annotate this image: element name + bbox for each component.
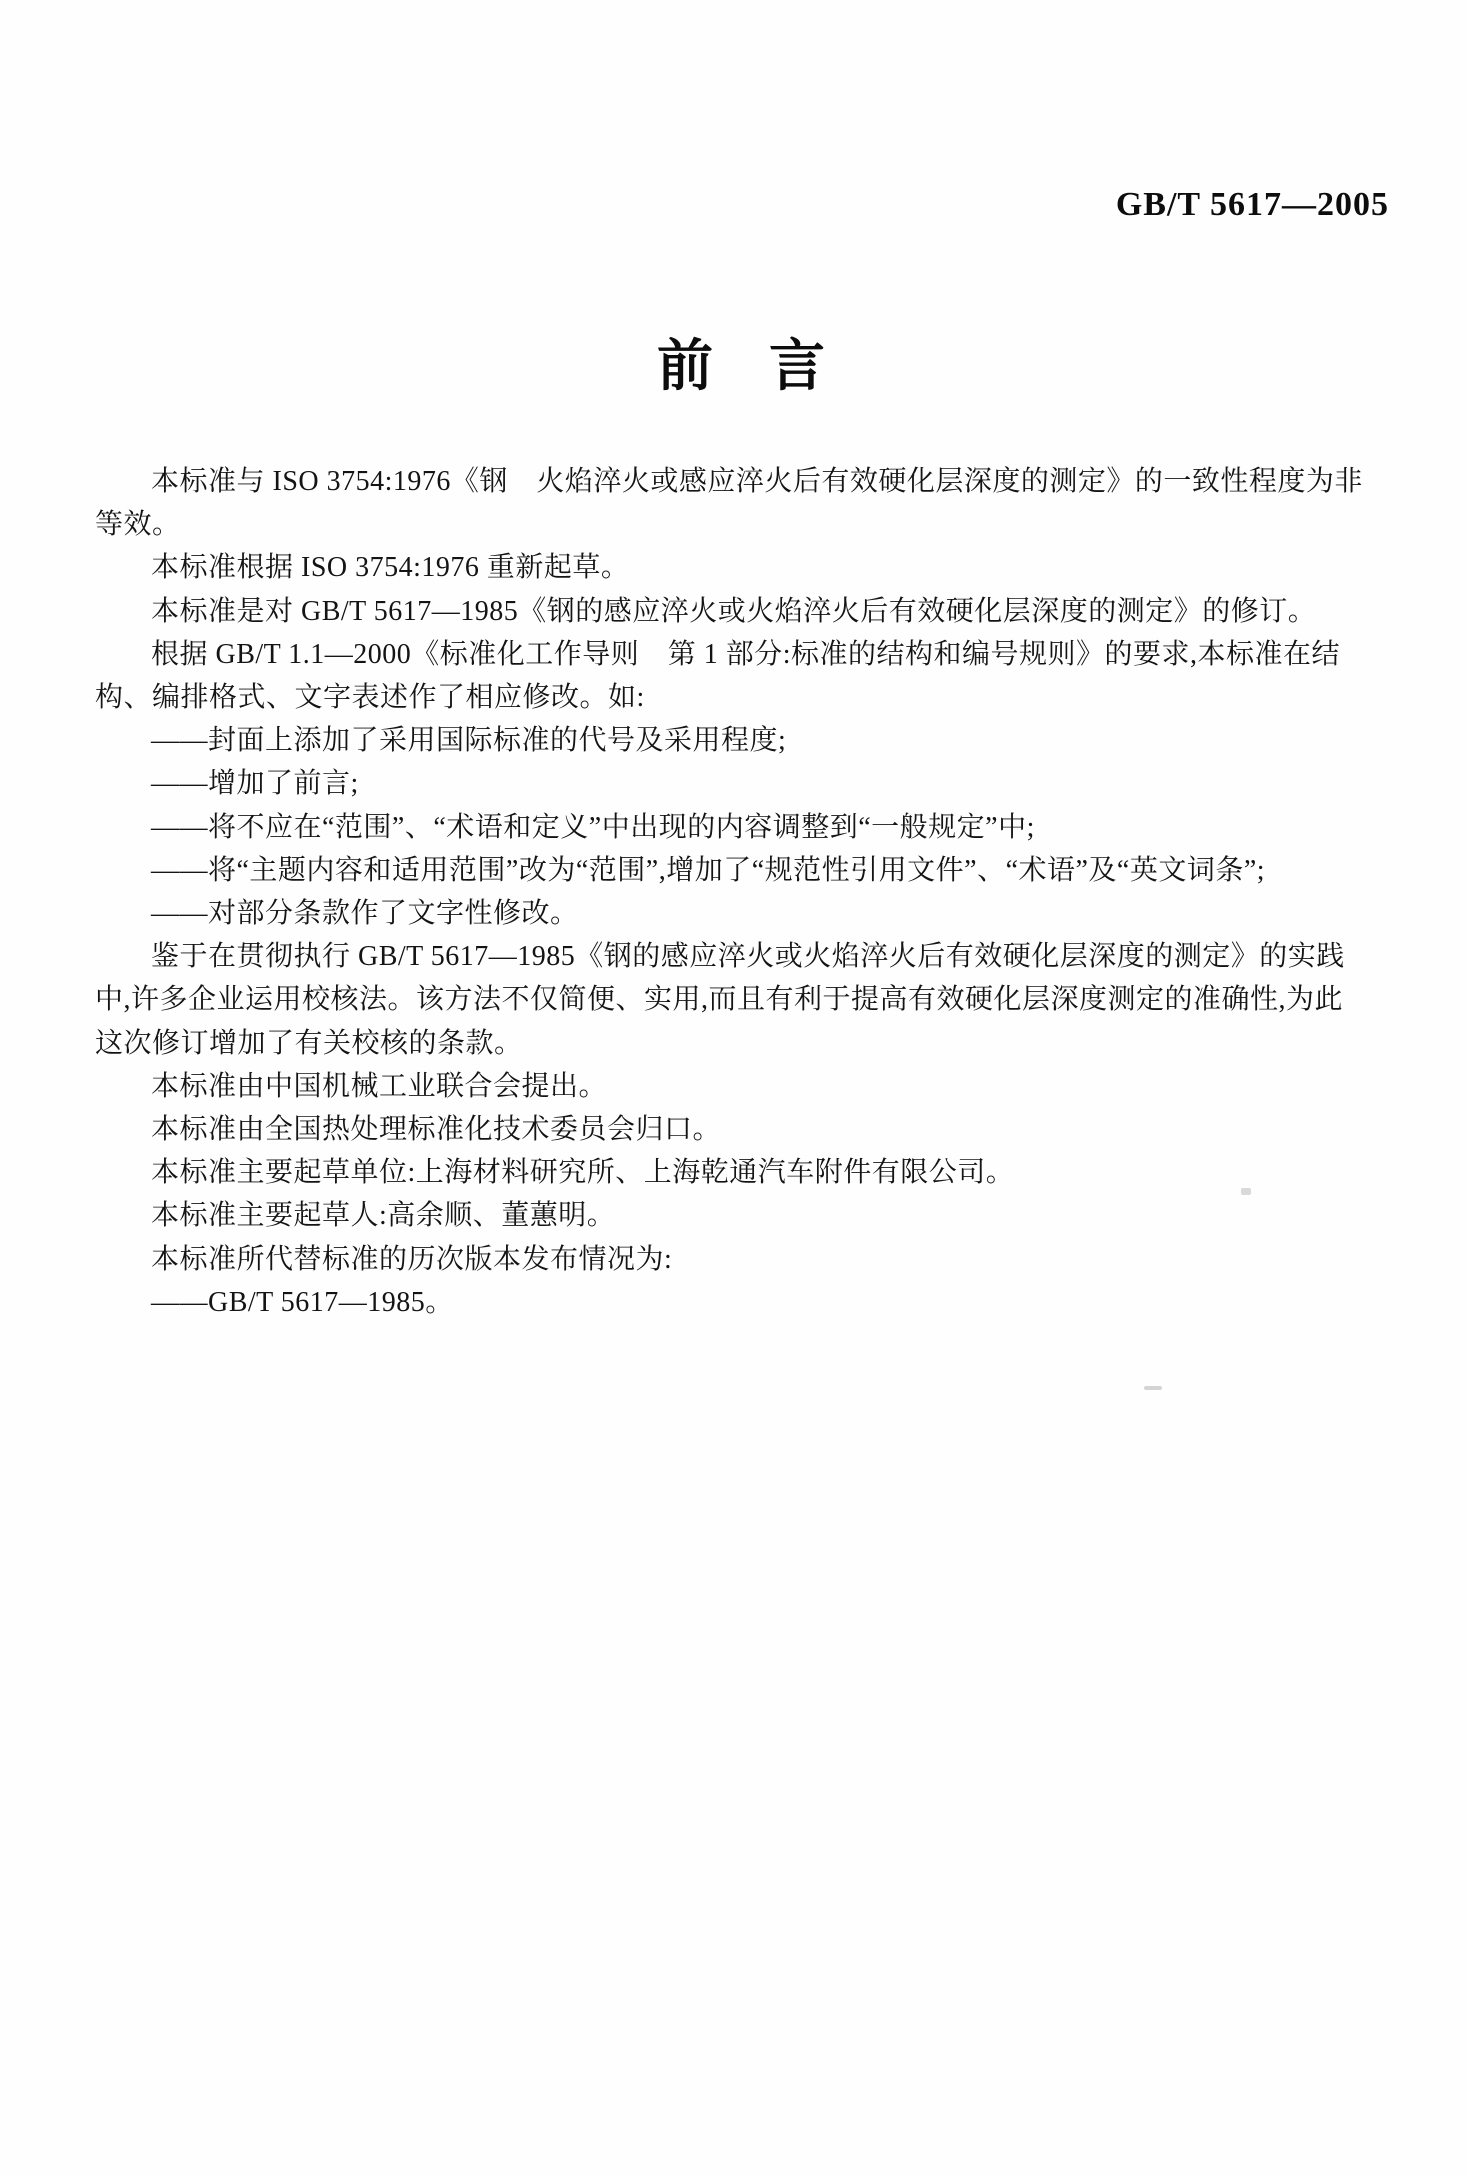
- body-line: 本标准与 ISO 3754:1976《钢 火焰淬火或感应淬火后有效硬化层深度的测…: [95, 460, 1395, 503]
- body-line: 本标准根据 ISO 3754:1976 重新起草。: [95, 546, 1395, 589]
- body-line: 根据 GB/T 1.1—2000《标准化工作导则 第 1 部分:标准的结构和编号…: [95, 633, 1395, 676]
- body-line-dash-item: ——将不应在“范围”、“术语和定义”中出现的内容调整到“一般规定”中;: [95, 806, 1395, 849]
- body-line: 本标准主要起草人:高余顺、董蕙明。: [95, 1194, 1395, 1237]
- body-line: 构、编排格式、文字表述作了相应修改。如:: [95, 676, 1395, 719]
- body-line: 本标准主要起草单位:上海材料研究所、上海乾通汽车附件有限公司。: [95, 1151, 1395, 1194]
- scan-artifact: [1144, 1386, 1162, 1390]
- body-line-dash-item: ——将“主题内容和适用范围”改为“范围”,增加了“规范性引用文件”、“术语”及“…: [95, 849, 1395, 892]
- body-line-dash-item: ——GB/T 5617—1985。: [95, 1281, 1395, 1324]
- document-page: GB/T 5617—2005 前 言 本标准与 ISO 3754:1976《钢 …: [0, 0, 1467, 2175]
- body-line-dash-item: ——增加了前言;: [95, 762, 1395, 805]
- scan-artifact: [1241, 1188, 1251, 1195]
- body-line: 本标准是对 GB/T 5617—1985《钢的感应淬火或火焰淬火后有效硬化层深度…: [95, 590, 1395, 633]
- body-line: 本标准所代替标准的历次版本发布情况为:: [95, 1238, 1395, 1281]
- body-line: 本标准由全国热处理标准化技术委员会归口。: [95, 1108, 1395, 1151]
- body-line: 中,许多企业运用校核法。该方法不仅简便、实用,而且有利于提高有效硬化层深度测定的…: [95, 978, 1395, 1021]
- body-line-dash-item: ——对部分条款作了文字性修改。: [95, 892, 1395, 935]
- page-title: 前 言: [97, 322, 1385, 402]
- body-line: 这次修订增加了有关校核的条款。: [95, 1022, 1395, 1065]
- foreword-body: 本标准与 ISO 3754:1976《钢 火焰淬火或感应淬火后有效硬化层深度的测…: [95, 460, 1395, 1324]
- body-line: 等效。: [95, 503, 1395, 546]
- body-line-dash-item: ——封面上添加了采用国际标准的代号及采用程度;: [95, 719, 1395, 762]
- body-line: 鉴于在贯彻执行 GB/T 5617—1985《钢的感应淬火或火焰淬火后有效硬化层…: [95, 935, 1395, 978]
- body-line: 本标准由中国机械工业联合会提出。: [95, 1065, 1395, 1108]
- standard-code: GB/T 5617—2005: [1116, 186, 1389, 224]
